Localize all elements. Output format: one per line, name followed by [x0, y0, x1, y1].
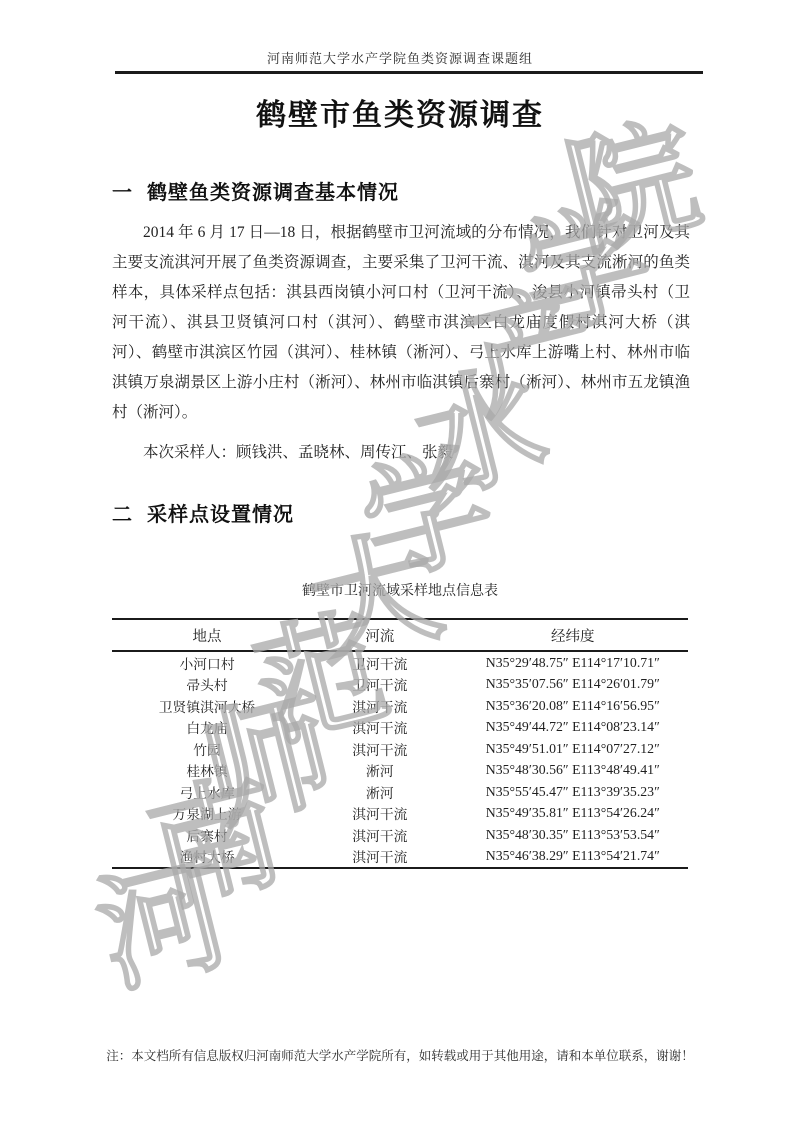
- sampling-table: 地点 河流 经纬度 小河口村卫河干流N35°29′48.75″ E114°17′…: [112, 618, 688, 869]
- table-cell: 淇河干流: [302, 846, 458, 869]
- table-cell: 淇河干流: [302, 824, 458, 846]
- table-cell: N35°49′44.72″ E114°08′23.14″: [458, 717, 688, 739]
- page-header-text: 河南师范大学水产学院鱼类资源调查课题组: [0, 48, 800, 67]
- column-header-place: 地点: [112, 619, 302, 651]
- table-cell: N35°48′30.35″ E113°53′53.54″: [458, 824, 688, 846]
- table-row: 竹园淇河干流N35°49′51.01″ E114°07′27.12″: [112, 738, 688, 760]
- table-cell: 淇河干流: [302, 803, 458, 825]
- table-cell: 淇河干流: [302, 738, 458, 760]
- table-row: 白龙庙淇河干流N35°49′44.72″ E114°08′23.14″: [112, 717, 688, 739]
- column-header-river: 河流: [302, 619, 458, 651]
- table-cell: N35°29′48.75″ E114°17′10.71″: [458, 651, 688, 674]
- table-cell: 后寨村: [112, 824, 302, 846]
- table-row: 弓上水库淅河N35°55′45.47″ E113°39′35.23″: [112, 781, 688, 803]
- section1-samplers-line: 本次采样人：顾钱洪、孟晓林、周传江、张毅: [112, 438, 690, 468]
- table-cell: 卫河干流: [302, 651, 458, 674]
- table-row: 小河口村卫河干流N35°29′48.75″ E114°17′10.71″: [112, 651, 688, 674]
- table-cell: N35°49′51.01″ E114°07′27.12″: [458, 738, 688, 760]
- table-cell: 竹园: [112, 738, 302, 760]
- footer-note: 注：本文档所有信息版权归河南师范大学水产学院所有，如转载或用于其他用途，请和本单…: [0, 1046, 800, 1064]
- table-cell: 卫贤镇淇河大桥: [112, 695, 302, 717]
- table-cell: 小河口村: [112, 651, 302, 674]
- table-row: 后寨村淇河干流N35°48′30.35″ E113°53′53.54″: [112, 824, 688, 846]
- table-cell: N35°49′35.81″ E113°54′26.24″: [458, 803, 688, 825]
- table-row: 卫贤镇淇河大桥淇河干流N35°36′20.08″ E114°16′56.95″: [112, 695, 688, 717]
- table-cell: 渔村大桥: [112, 846, 302, 869]
- section1-heading: 一鹤壁鱼类资源调查基本情况: [112, 176, 712, 205]
- watermark-char: 河: [86, 848, 241, 1003]
- table-cell: 淇河干流: [302, 695, 458, 717]
- header-rule: [115, 71, 703, 74]
- section2-heading-text: 采样点设置情况: [147, 504, 294, 526]
- table-row: 帚头村卫河干流N35°35′07.56″ E114°26′01.79″: [112, 674, 688, 696]
- document-page: 河南师范大学水产学院 河南师范大学水产学院鱼类资源调查课题组 鹤壁市鱼类资源调查…: [0, 0, 800, 1132]
- table-header-row: 地点 河流 经纬度: [112, 619, 688, 651]
- table-row: 渔村大桥淇河干流N35°46′38.29″ E113°54′21.74″: [112, 846, 688, 869]
- table-cell: 万泉湖上游: [112, 803, 302, 825]
- table-body: 小河口村卫河干流N35°29′48.75″ E114°17′10.71″帚头村卫…: [112, 651, 688, 868]
- table-cell: N35°46′38.29″ E113°54′21.74″: [458, 846, 688, 869]
- table-cell: 卫河干流: [302, 674, 458, 696]
- table-cell: N35°55′45.47″ E113°39′35.23″: [458, 781, 688, 803]
- table-cell: 桂林镇: [112, 760, 302, 782]
- table-cell: 淅河: [302, 760, 458, 782]
- table-row: 万泉湖上游淇河干流N35°49′35.81″ E113°54′26.24″: [112, 803, 688, 825]
- page-title: 鹤壁市鱼类资源调查: [0, 90, 800, 134]
- watermark: 河南师范大学水产学院: [0, 0, 800, 1132]
- table-cell: 弓上水库: [112, 781, 302, 803]
- table-caption: 鹤壁市卫河流域采样地点信息表: [0, 580, 800, 600]
- table-cell: 淇河干流: [302, 717, 458, 739]
- section1-heading-text: 鹤壁鱼类资源调查基本情况: [147, 182, 399, 204]
- table-cell: N35°36′20.08″ E114°16′56.95″: [458, 695, 688, 717]
- table-row: 桂林镇淅河N35°48′30.56″ E113°48′49.41″: [112, 760, 688, 782]
- section2-heading: 二采样点设置情况: [112, 498, 712, 527]
- column-header-coordinates: 经纬度: [458, 619, 688, 651]
- table-cell: 淅河: [302, 781, 458, 803]
- section1-paragraph: 2014 年 6 月 17 日—18 日，根据鹤壁市卫河流域的分布情况，我们针对…: [112, 218, 690, 428]
- table-cell: 白龙庙: [112, 717, 302, 739]
- table-cell: N35°35′07.56″ E114°26′01.79″: [458, 674, 688, 696]
- table-cell: N35°48′30.56″ E113°48′49.41″: [458, 760, 688, 782]
- section1-number: 一: [112, 182, 133, 204]
- section2-number: 二: [112, 504, 133, 526]
- table-cell: 帚头村: [112, 674, 302, 696]
